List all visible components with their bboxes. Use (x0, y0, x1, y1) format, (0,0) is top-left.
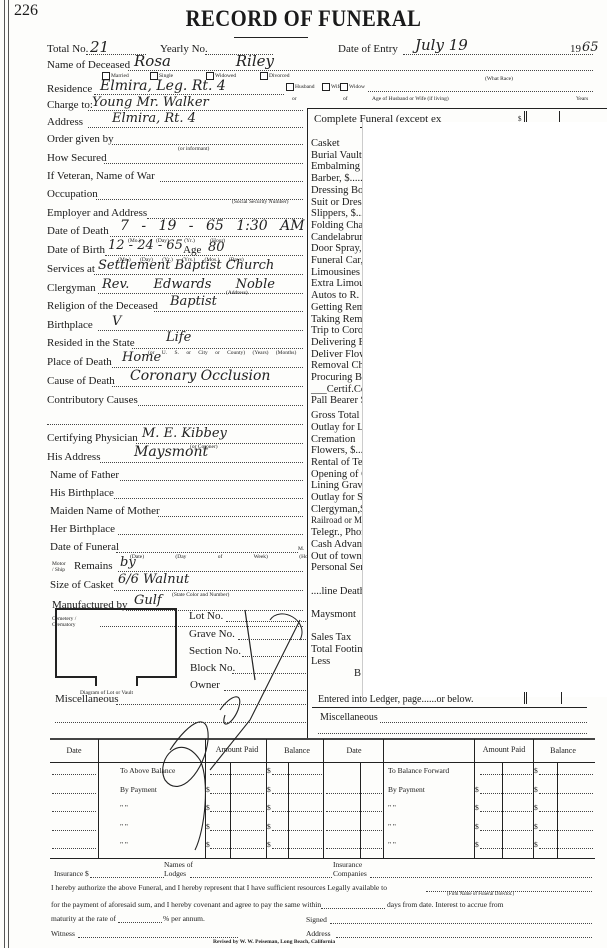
casket-size-line (114, 590, 303, 591)
date-of-death-label: Date of Death (47, 225, 109, 237)
what-race-label: (What Race) (485, 76, 513, 82)
deceased-name-value[interactable]: Rosa Riley (134, 52, 274, 70)
ledger-left-date-field[interactable] (52, 848, 96, 849)
charge-item: Casket (311, 138, 340, 149)
misc-right-label: Miscellaneous (320, 712, 378, 723)
order-given-by-field[interactable] (112, 144, 303, 145)
ledger-right-amount-field[interactable] (480, 774, 532, 775)
casket-size-value[interactable]: 6/6 Walnut (118, 572, 189, 587)
order-given-by-label: Order given by (47, 133, 114, 145)
ledger-page-rule-3 (561, 692, 562, 704)
place-of-death-label: Place of Death (47, 356, 112, 368)
funeral-date-sublabels: (Date) (Day of Week) (Hour) (130, 554, 314, 560)
casket-size-label: Size of Casket (50, 579, 114, 591)
funeral-record-page: 226 RECORD OF FUNERAL Total No. 21 Yearl… (0, 0, 607, 948)
date-of-death-value[interactable]: 7 - 19 - 65 1:30 AM (120, 218, 305, 234)
birthplace-label: Birthplace (47, 319, 93, 331)
lot-diagram-stub-left (95, 676, 97, 686)
signed-label: Signed (306, 915, 327, 924)
companies-label-top: Insurance (333, 860, 362, 869)
date-of-birth-line (105, 255, 303, 256)
deceased-name-label: Name of Deceased (47, 59, 130, 71)
ledger-entry-rule (312, 707, 587, 708)
resided-value[interactable]: Life (166, 330, 191, 345)
date-of-funeral-field[interactable] (116, 552, 298, 553)
year-value[interactable]: 65 (582, 40, 599, 55)
ledger-right-row-label: " " (388, 803, 396, 812)
motor-ship-label: Motor / Ship (52, 561, 68, 573)
date-of-entry-label: Date of Entry (338, 43, 398, 55)
lot-diagram-stub-right (136, 676, 138, 686)
religion-label: Religion of the Deceased (47, 300, 158, 312)
ledger-right-date-field[interactable] (326, 848, 382, 849)
spouse-line (368, 91, 593, 92)
charge-to-label: Charge to: (47, 99, 93, 111)
address-value[interactable]: Elmira, Rt. 4 (112, 111, 196, 126)
payment-text: for the payment of aforesaid sum, and I … (51, 900, 321, 909)
cause-of-death-value[interactable]: Coronary Occlusion (130, 368, 270, 384)
year-prefix: 19 (570, 43, 581, 55)
authorize-text: I hereby authorize the above Funeral, an… (51, 883, 387, 892)
mother-name-field[interactable] (158, 516, 303, 517)
age-label: Age (183, 244, 201, 256)
contributory-causes-label: Contributory Causes (47, 394, 138, 406)
ledger-left-date-field[interactable] (52, 811, 96, 812)
companies-field[interactable] (370, 877, 592, 878)
place-of-death-value[interactable]: Home (122, 350, 161, 365)
widow-label: Widow (349, 84, 365, 90)
ledger-left-date-field[interactable] (52, 830, 96, 831)
firm-name-sublabel: (Firm Name of Funeral Director.) (447, 892, 514, 897)
ledger-left-date-field[interactable] (52, 774, 96, 775)
date-of-birth-value[interactable]: 12 - 24 - 65 (108, 238, 183, 253)
informant-sublabel: (or informant) (178, 146, 209, 152)
his-birthplace-label: His Birthplace (50, 487, 114, 499)
ledger-right-row-label: By Payment (388, 785, 425, 794)
ledger-right-balance-field[interactable] (539, 848, 593, 849)
ledger-header-balance-right: Balance (533, 746, 593, 755)
address-line (88, 127, 303, 128)
clergyman-value[interactable]: Rev. Edwards Noble (102, 277, 275, 292)
ledger-right-balance-dollar: $ (534, 766, 538, 775)
his-address-value[interactable]: Maysmont (134, 444, 208, 460)
birthplace-value[interactable]: V (112, 314, 121, 329)
ledger-right-amount-field[interactable] (480, 848, 532, 849)
total-no-value[interactable]: 21 (90, 38, 109, 56)
date-entry-line (403, 54, 593, 55)
services-at-label: Services at (47, 263, 95, 275)
date-of-death-line (110, 236, 303, 237)
ledger-right-balance-field[interactable] (539, 793, 593, 794)
her-birthplace-label: Her Birthplace (50, 523, 115, 535)
revised-by-credit: Revised by W. W. Peiseman, Long Beach, C… (213, 939, 335, 945)
her-birthplace-field[interactable] (118, 534, 303, 535)
ledger-right-amount-dollar: $ (475, 803, 479, 812)
contributory-causes-line2[interactable] (47, 424, 303, 425)
charge-item: Cremation (311, 434, 355, 445)
veteran-label: If Veteran, Name of War (47, 170, 155, 182)
remains-value[interactable]: by (120, 555, 136, 570)
date-of-funeral-label: Date of Funeral (50, 541, 119, 553)
per-annum-text: % per annum. (163, 914, 205, 923)
services-at-value[interactable]: Settlement Baptist Church (98, 258, 274, 273)
witness-label: Witness (51, 929, 75, 938)
residence-value[interactable]: Elmira, Leg. Rt. 4 (100, 78, 226, 94)
date-of-entry-value[interactable]: July 19 (415, 36, 468, 54)
residence-label: Residence (47, 83, 92, 95)
lodges-label: Lodges (164, 869, 186, 878)
lodges-field[interactable] (190, 877, 332, 878)
widow-checkbox[interactable] (340, 83, 348, 91)
physician-label: Certifying Physician (47, 432, 138, 444)
ledger-right-date-field[interactable] (326, 793, 382, 794)
clergy-address-sublabel: (Address) (226, 290, 248, 296)
his-address-label: His Address (47, 451, 100, 463)
lodges-label-top: Names of (164, 860, 193, 869)
ledger-right-date-field[interactable] (326, 830, 382, 831)
lot-diagram-bottom-left (55, 676, 97, 678)
ledger-left-row-label: " " (120, 840, 128, 849)
his-address-line (100, 462, 303, 463)
date-of-birth-label: Date of Birth (47, 244, 105, 256)
ledger-right-balance-dollar: $ (534, 785, 538, 794)
ledger-right-amount-dollar: $ (475, 840, 479, 849)
ledger-right-balance-dollar: $ (534, 840, 538, 849)
how-secured-label: How Secured (47, 152, 107, 164)
maturity-text: maturity at the rate of (51, 914, 116, 923)
insurance-label: Insurance $ (54, 869, 89, 878)
ledger-page-rule-1 (524, 692, 525, 704)
spouse-or-label: or (292, 96, 297, 102)
days-text: days from date. Interest to accrue from (387, 900, 503, 909)
occupation-label: Occupation (47, 188, 98, 200)
cause-death-line (112, 386, 303, 387)
ledger-right-balance-dollar: $ (534, 803, 538, 812)
wife-checkbox[interactable] (322, 83, 330, 91)
total-no-label: Total No. (47, 43, 88, 55)
address-label: Address (47, 116, 83, 128)
ssn-sublabel: (Social Security Number) (232, 199, 289, 205)
deceased-name-line (128, 70, 593, 71)
clergyman-label: Clergyman (47, 282, 96, 294)
insurance-amount-field[interactable] (90, 877, 164, 878)
remains-label: Remains (74, 560, 113, 572)
entered-ledger-label: Entered into Ledger, page......or below. (318, 694, 474, 705)
years-label: Years (576, 96, 588, 102)
ledger-column-rule (323, 739, 324, 858)
ledger-left-row-label: " " (120, 803, 128, 812)
charge-item: Suit or Dress (311, 197, 366, 208)
ledger-column-rule (360, 762, 361, 858)
ledger-right-amount-field[interactable] (480, 830, 532, 831)
page-title: RECORD OF FUNERAL (30, 6, 576, 32)
ledger-right-balance-field[interactable] (539, 774, 593, 775)
misc-right-line2[interactable] (318, 733, 587, 734)
misc-right-field[interactable] (380, 722, 587, 723)
ledger-right-balance-field[interactable] (539, 811, 593, 812)
witness-field[interactable] (78, 937, 238, 938)
ledger-column-rule (98, 739, 99, 858)
casket-color-sublabel: (State Color and Number) (172, 592, 229, 598)
resided-line (132, 348, 303, 349)
ledger-header-date-right: Date (324, 746, 384, 755)
address-footer-label: Address (306, 929, 331, 938)
ledger-right-row-label: " " (388, 822, 396, 831)
physician-value[interactable]: M. E. Kibbey (142, 426, 227, 441)
ledger-right-amount-dollar: $ (475, 785, 479, 794)
how-secured-field[interactable] (104, 163, 303, 164)
companies-label: Companies (333, 869, 367, 878)
left-binding-border (4, 0, 9, 948)
ledger-right-date-field[interactable] (326, 811, 382, 812)
ledger-left-row-label: " " (120, 822, 128, 831)
ledger-column-rule (557, 762, 558, 858)
title-underline (234, 37, 308, 38)
services-line (94, 274, 303, 275)
cause-of-death-label: Cause of Death (47, 375, 115, 387)
age-value[interactable]: 80 (208, 240, 225, 255)
misc-left-label: Miscellaneous (55, 693, 119, 705)
spouse-of-label: of (343, 96, 348, 102)
resided-label: Resided in the State (47, 337, 135, 349)
father-name-label: Name of Father (50, 469, 119, 481)
father-name-field[interactable] (120, 480, 303, 481)
ledger-column-rule (502, 762, 503, 858)
age-spouse-label: Age of Husband or Wife (if living) (372, 96, 449, 102)
ledger-left-date-field[interactable] (52, 793, 96, 794)
days-field[interactable] (321, 908, 385, 909)
resided-sublabels: (or U. S. or City or County) (Years) (Mo… (148, 350, 296, 356)
ledger-bottom-rule (50, 858, 595, 859)
ledger-header-amount-right: Amount Paid (474, 745, 534, 754)
ledger-right-balance-dollar: $ (534, 822, 538, 831)
ledger-right-row-label: To Balance Forward (388, 766, 449, 775)
veteran-field[interactable] (160, 181, 303, 182)
ledger-right-amount-field[interactable] (480, 793, 532, 794)
ledger-column-rule (383, 739, 384, 858)
ledger-right-amount-field[interactable] (480, 811, 532, 812)
religion-value[interactable]: Baptist (170, 294, 217, 309)
divorced-checkbox[interactable] (260, 72, 268, 80)
cut-edge (362, 120, 363, 697)
birthplace-line (98, 330, 303, 331)
blank-area (362, 122, 607, 697)
divorced-label: Divorced (269, 73, 289, 79)
signed-field[interactable] (330, 923, 592, 924)
signature-scrawl-icon (150, 600, 320, 860)
his-birthplace-field[interactable] (114, 498, 303, 499)
ledger-right-balance-field[interactable] (539, 830, 593, 831)
ledger-right-amount-dollar: $ (475, 822, 479, 831)
husband-label: Husband (295, 84, 315, 90)
husband-checkbox[interactable] (286, 83, 294, 91)
charge-to-value[interactable]: Young Mr. Walker (92, 95, 209, 110)
ledger-header-date-left: Date (50, 746, 98, 755)
address-footer-field[interactable] (336, 937, 592, 938)
ledger-right-row-label: " " (388, 840, 396, 849)
contributory-causes-field[interactable] (138, 405, 303, 406)
interest-rate-field[interactable] (118, 922, 162, 923)
religion-line (154, 311, 303, 312)
ledger-page-rule-2 (526, 692, 527, 704)
charge-item: B (354, 668, 361, 679)
mother-name-label: Maiden Name of Mother (50, 505, 160, 517)
meridiem-label: M. (298, 546, 304, 552)
